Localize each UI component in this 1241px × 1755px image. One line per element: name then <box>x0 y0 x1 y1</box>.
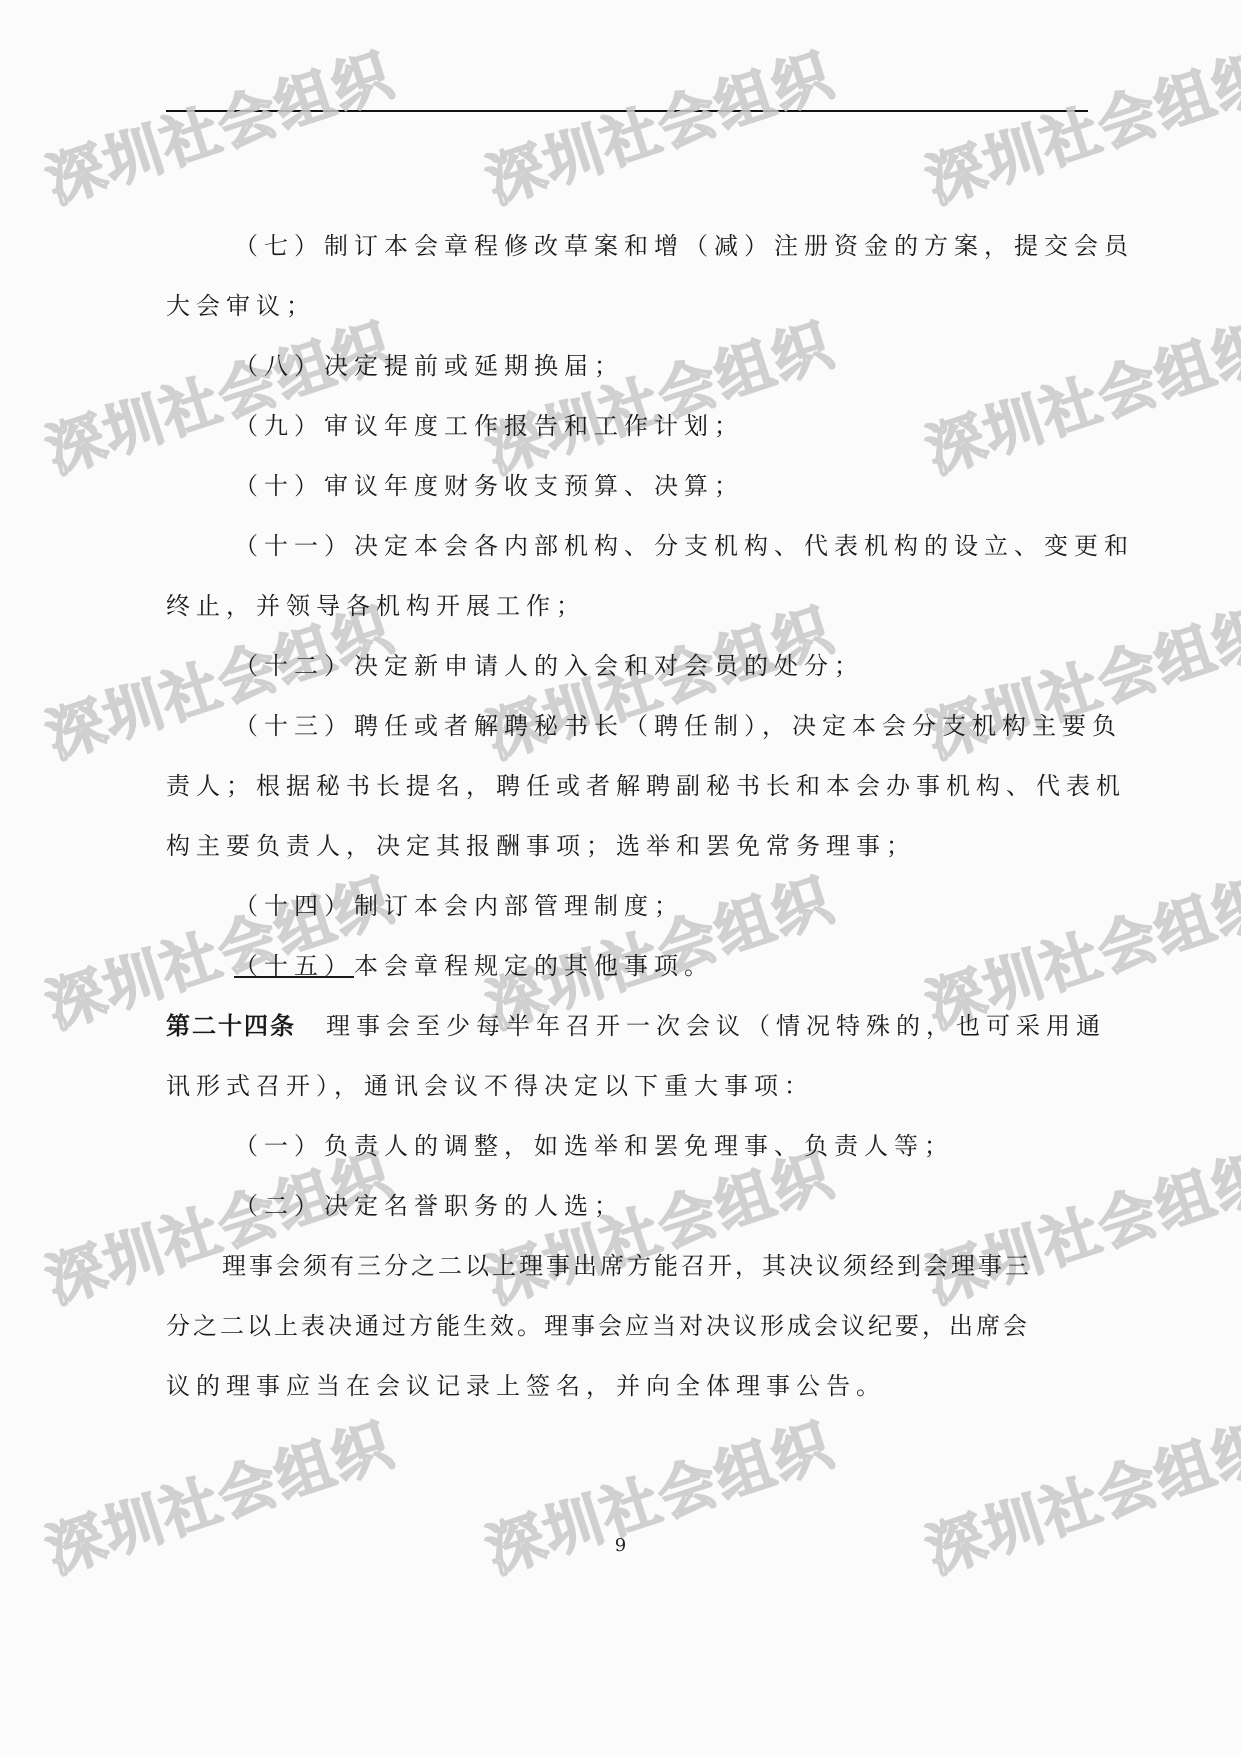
document-page: 深圳社会组织 深圳社会组织 深圳社会组织 深圳社会组织 深圳社会组织 深圳社会组… <box>0 0 1241 1755</box>
watermark: 深圳社会组织 <box>914 583 1241 774</box>
article-sub-item: （二）决定名誉职务的人选； <box>234 1186 624 1221</box>
watermark: 深圳社会组织 <box>474 1398 842 1589</box>
list-item: （十）审议年度财务收支预算、决算； <box>234 466 744 501</box>
list-item: （十三）聘任或者解聘秘书长（聘任制），决定本会分支机构主要负 <box>234 706 1122 741</box>
list-item-continuation: 责人；根据秘书长提名，聘任或者解聘副秘书长和本会办事机构、代表机 <box>166 766 1126 801</box>
watermark: 深圳社会组织 <box>914 1398 1241 1589</box>
article-text-continuation: 讯形式召开），通讯会议不得决定以下重大事项： <box>166 1066 814 1101</box>
watermark: 深圳社会组织 <box>474 298 842 489</box>
watermark: 深圳社会组织 <box>34 1398 402 1589</box>
page-number: 9 <box>0 1535 1241 1556</box>
watermark: 深圳社会组织 <box>914 28 1241 219</box>
article-heading: 第二十四条 <box>166 1011 296 1040</box>
list-item: （八）决定提前或延期换届； <box>234 346 624 381</box>
watermark: 深圳社会组织 <box>34 298 402 489</box>
article-text: 理事会至少每半年召开一次会议（情况特殊的，也可采用通 <box>326 1012 1106 1040</box>
list-item: （十五）本会章程规定的其他事项。 <box>234 946 714 981</box>
header-rule <box>166 110 1088 112</box>
list-item-continuation: 大会审议； <box>166 286 316 321</box>
watermark: 深圳社会组织 <box>914 1128 1241 1319</box>
list-item: （十二）决定新申请人的入会和对会员的处分； <box>234 646 864 681</box>
article-24: 第二十四条 理事会至少每半年召开一次会议（情况特殊的，也可采用通 <box>166 1006 1106 1041</box>
list-item: （七）制订本会章程修改草案和增（减）注册资金的方案，提交会员 <box>234 226 1134 261</box>
list-item: （十四）制订本会内部管理制度； <box>234 886 684 921</box>
article-closing: 理事会须有三分之二以上理事出席方能召开，其决议须经到会理事三 <box>222 1246 1032 1281</box>
list-item-number: （十五） <box>234 952 354 980</box>
article-closing: 分之二以上表决通过方能生效。理事会应当对决议形成会议纪要，出席会 <box>166 1306 1030 1341</box>
list-item: （十一）决定本会各内部机构、分支机构、代表机构的设立、变更和 <box>234 526 1134 561</box>
watermark: 深圳社会组织 <box>474 28 842 219</box>
watermark: 深圳社会组织 <box>914 298 1241 489</box>
watermark: 深圳社会组织 <box>34 28 402 219</box>
list-item-continuation: 终止，并领导各机构开展工作； <box>166 586 586 621</box>
list-item-continuation: 构主要负责人，决定其报酬事项；选举和罢免常务理事； <box>166 826 916 861</box>
article-sub-item: （一）负责人的调整，如选举和罢免理事、负责人等； <box>234 1126 954 1161</box>
list-item-text: 本会章程规定的其他事项。 <box>354 952 714 980</box>
list-item: （九）审议年度工作报告和工作计划； <box>234 406 744 441</box>
article-closing: 议的理事应当在会议记录上签名，并向全体理事公告。 <box>166 1366 886 1401</box>
